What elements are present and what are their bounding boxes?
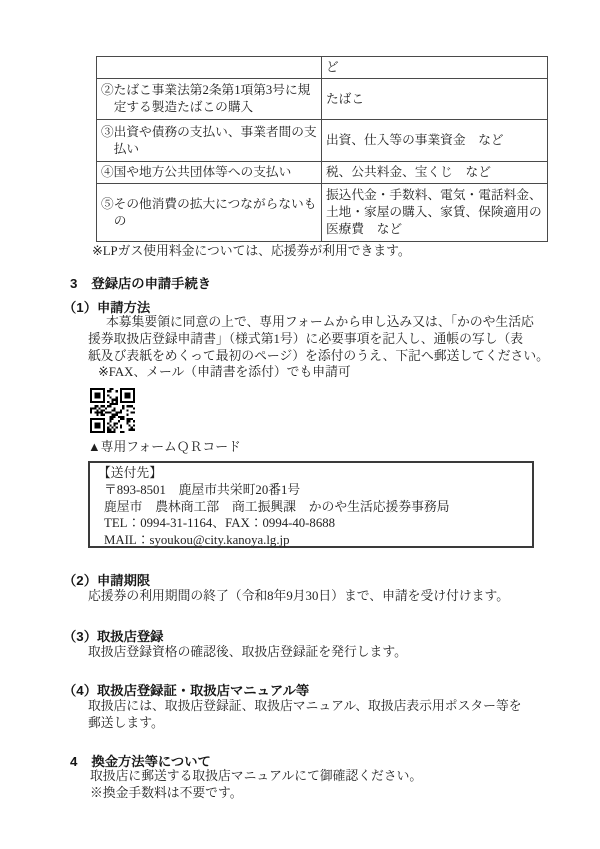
mailbox-email: MAIL：syoukou@city.kanoya.lg.jp bbox=[98, 532, 524, 549]
table-cell-left: ④国や地方公共団体等への支払い bbox=[97, 162, 322, 184]
cell-text: たばこ bbox=[326, 92, 364, 106]
mailbox-tel-fax: TEL：0994-31-1164、FAX：0994-40-8688 bbox=[98, 515, 524, 532]
sub1-fax-note: ※FAX、メール（申請書を添付）でも申請可 bbox=[88, 364, 351, 381]
table-row: ④国や地方公共団体等への支払い 税、公共料金、宝くじ など bbox=[97, 162, 548, 184]
cell-text: ど bbox=[326, 60, 339, 74]
sub4-body-line: 郵送します。 bbox=[88, 715, 164, 732]
table-row: ど bbox=[97, 57, 548, 79]
table-row: ⑤その他消費の拡大につながらないもの 振込代金・手数料、電気・電話料金、土地・家… bbox=[97, 184, 548, 242]
cell-text: 税、公共料金、宝くじ など bbox=[326, 165, 491, 179]
mailing-address-box: 【送付先】 〒893-8501 鹿屋市共栄町20番1号 鹿屋市 農林商工部 商工… bbox=[88, 461, 534, 548]
sub2-body: 応援券の利用期間の終了（令和8年9月30日）まで、申請を受け付けます。 bbox=[88, 588, 509, 605]
table-cell-right: ど bbox=[322, 57, 548, 79]
mailbox-postal-address: 〒893-8501 鹿屋市共栄町20番1号 bbox=[98, 482, 524, 499]
section3-number: 3 bbox=[70, 276, 77, 291]
sub3-heading: （3）取扱店登録 bbox=[63, 626, 163, 645]
section4-note: ※換金手数料は不要です。 bbox=[90, 785, 243, 802]
qr-code bbox=[90, 386, 135, 435]
cell-text: ②たばこ事業法第2条第1項第3号に規定する製造たばこの購入 bbox=[101, 82, 317, 116]
sub1-para-line: 紙及び表紙をめくって最初のページ）を添付のうえ、下記へ郵送してください。 bbox=[88, 348, 549, 365]
table-cell-right: 振込代金・手数料、電気・電話料金、土地・家屋の購入、家賃、保険適用の医療費 など bbox=[322, 184, 548, 242]
cell-text: 振込代金・手数料、電気・電話料金、土地・家屋の購入、家賃、保険適用の医療費 など bbox=[326, 188, 542, 236]
qr-caption: ▲専用フォームＱＲコード bbox=[88, 439, 241, 456]
document-page: ど ②たばこ事業法第2条第1項第3号に規定する製造たばこの購入 たばこ ③出資や… bbox=[0, 0, 600, 849]
table-cell-right: たばこ bbox=[322, 79, 548, 120]
table-cell-right: 出資、仕入等の事業資金 など bbox=[322, 120, 548, 162]
table-cell-right: 税、公共料金、宝くじ など bbox=[322, 162, 548, 184]
sub3-body: 取扱店登録資格の確認後、取扱店登録証を発行します。 bbox=[88, 644, 407, 661]
section3-title: 登録店の申請手続き bbox=[91, 273, 211, 292]
table-cell-left: ③出資や債務の支払い、事業者間の支払い bbox=[97, 120, 322, 162]
section4-body: 取扱店に郵送する取扱店マニュアルにて御確認ください。 bbox=[90, 768, 422, 785]
section4-number: 4 bbox=[70, 754, 77, 769]
cell-text: ④国や地方公共団体等への支払い bbox=[101, 164, 317, 181]
table-row: ③出資や債務の支払い、事業者間の支払い 出資、仕入等の事業資金 など bbox=[97, 120, 548, 162]
table-cell-left: ⑤その他消費の拡大につながらないもの bbox=[97, 184, 322, 242]
section3-heading: 3登録店の申請手続き bbox=[70, 273, 211, 292]
sub4-heading: （4）取扱店登録証・取扱店マニュアル等 bbox=[63, 680, 309, 699]
mailbox-department: 鹿屋市 農林商工部 商工振興課 かのや生活応援券事務局 bbox=[98, 499, 524, 516]
mailbox-title: 【送付先】 bbox=[98, 465, 524, 482]
table-cell-left bbox=[97, 57, 322, 79]
sub1-para-line: 本募集要領に同意の上で、専用フォームから申し込み又は、「かのや生活応 bbox=[88, 314, 534, 331]
sub2-heading: （2）申請期限 bbox=[63, 570, 150, 589]
sub4-body-line: 取扱店には、取扱店登録証、取扱店マニュアル、取扱店表示用ポスター等を bbox=[88, 698, 522, 715]
cell-text: ⑤その他消費の拡大につながらないもの bbox=[101, 196, 317, 230]
cell-text: ③出資や債務の支払い、事業者間の支払い bbox=[101, 124, 317, 158]
table-cell-left: ②たばこ事業法第2条第1項第3号に規定する製造たばこの購入 bbox=[97, 79, 322, 120]
sub1-para-line: 援券取扱店登録申請書」（様式第1号）に必要事項を記入し、通帳の写し（表 bbox=[88, 331, 523, 348]
cell-text: 出資、仕入等の事業資金 など bbox=[326, 133, 504, 147]
usage-restriction-table: ど ②たばこ事業法第2条第1項第3号に規定する製造たばこの購入 たばこ ③出資や… bbox=[96, 56, 548, 242]
table-row: ②たばこ事業法第2条第1項第3号に規定する製造たばこの購入 たばこ bbox=[97, 79, 548, 120]
lp-gas-note: ※LPガス使用料金については、応援券が利用できます。 bbox=[92, 244, 411, 259]
